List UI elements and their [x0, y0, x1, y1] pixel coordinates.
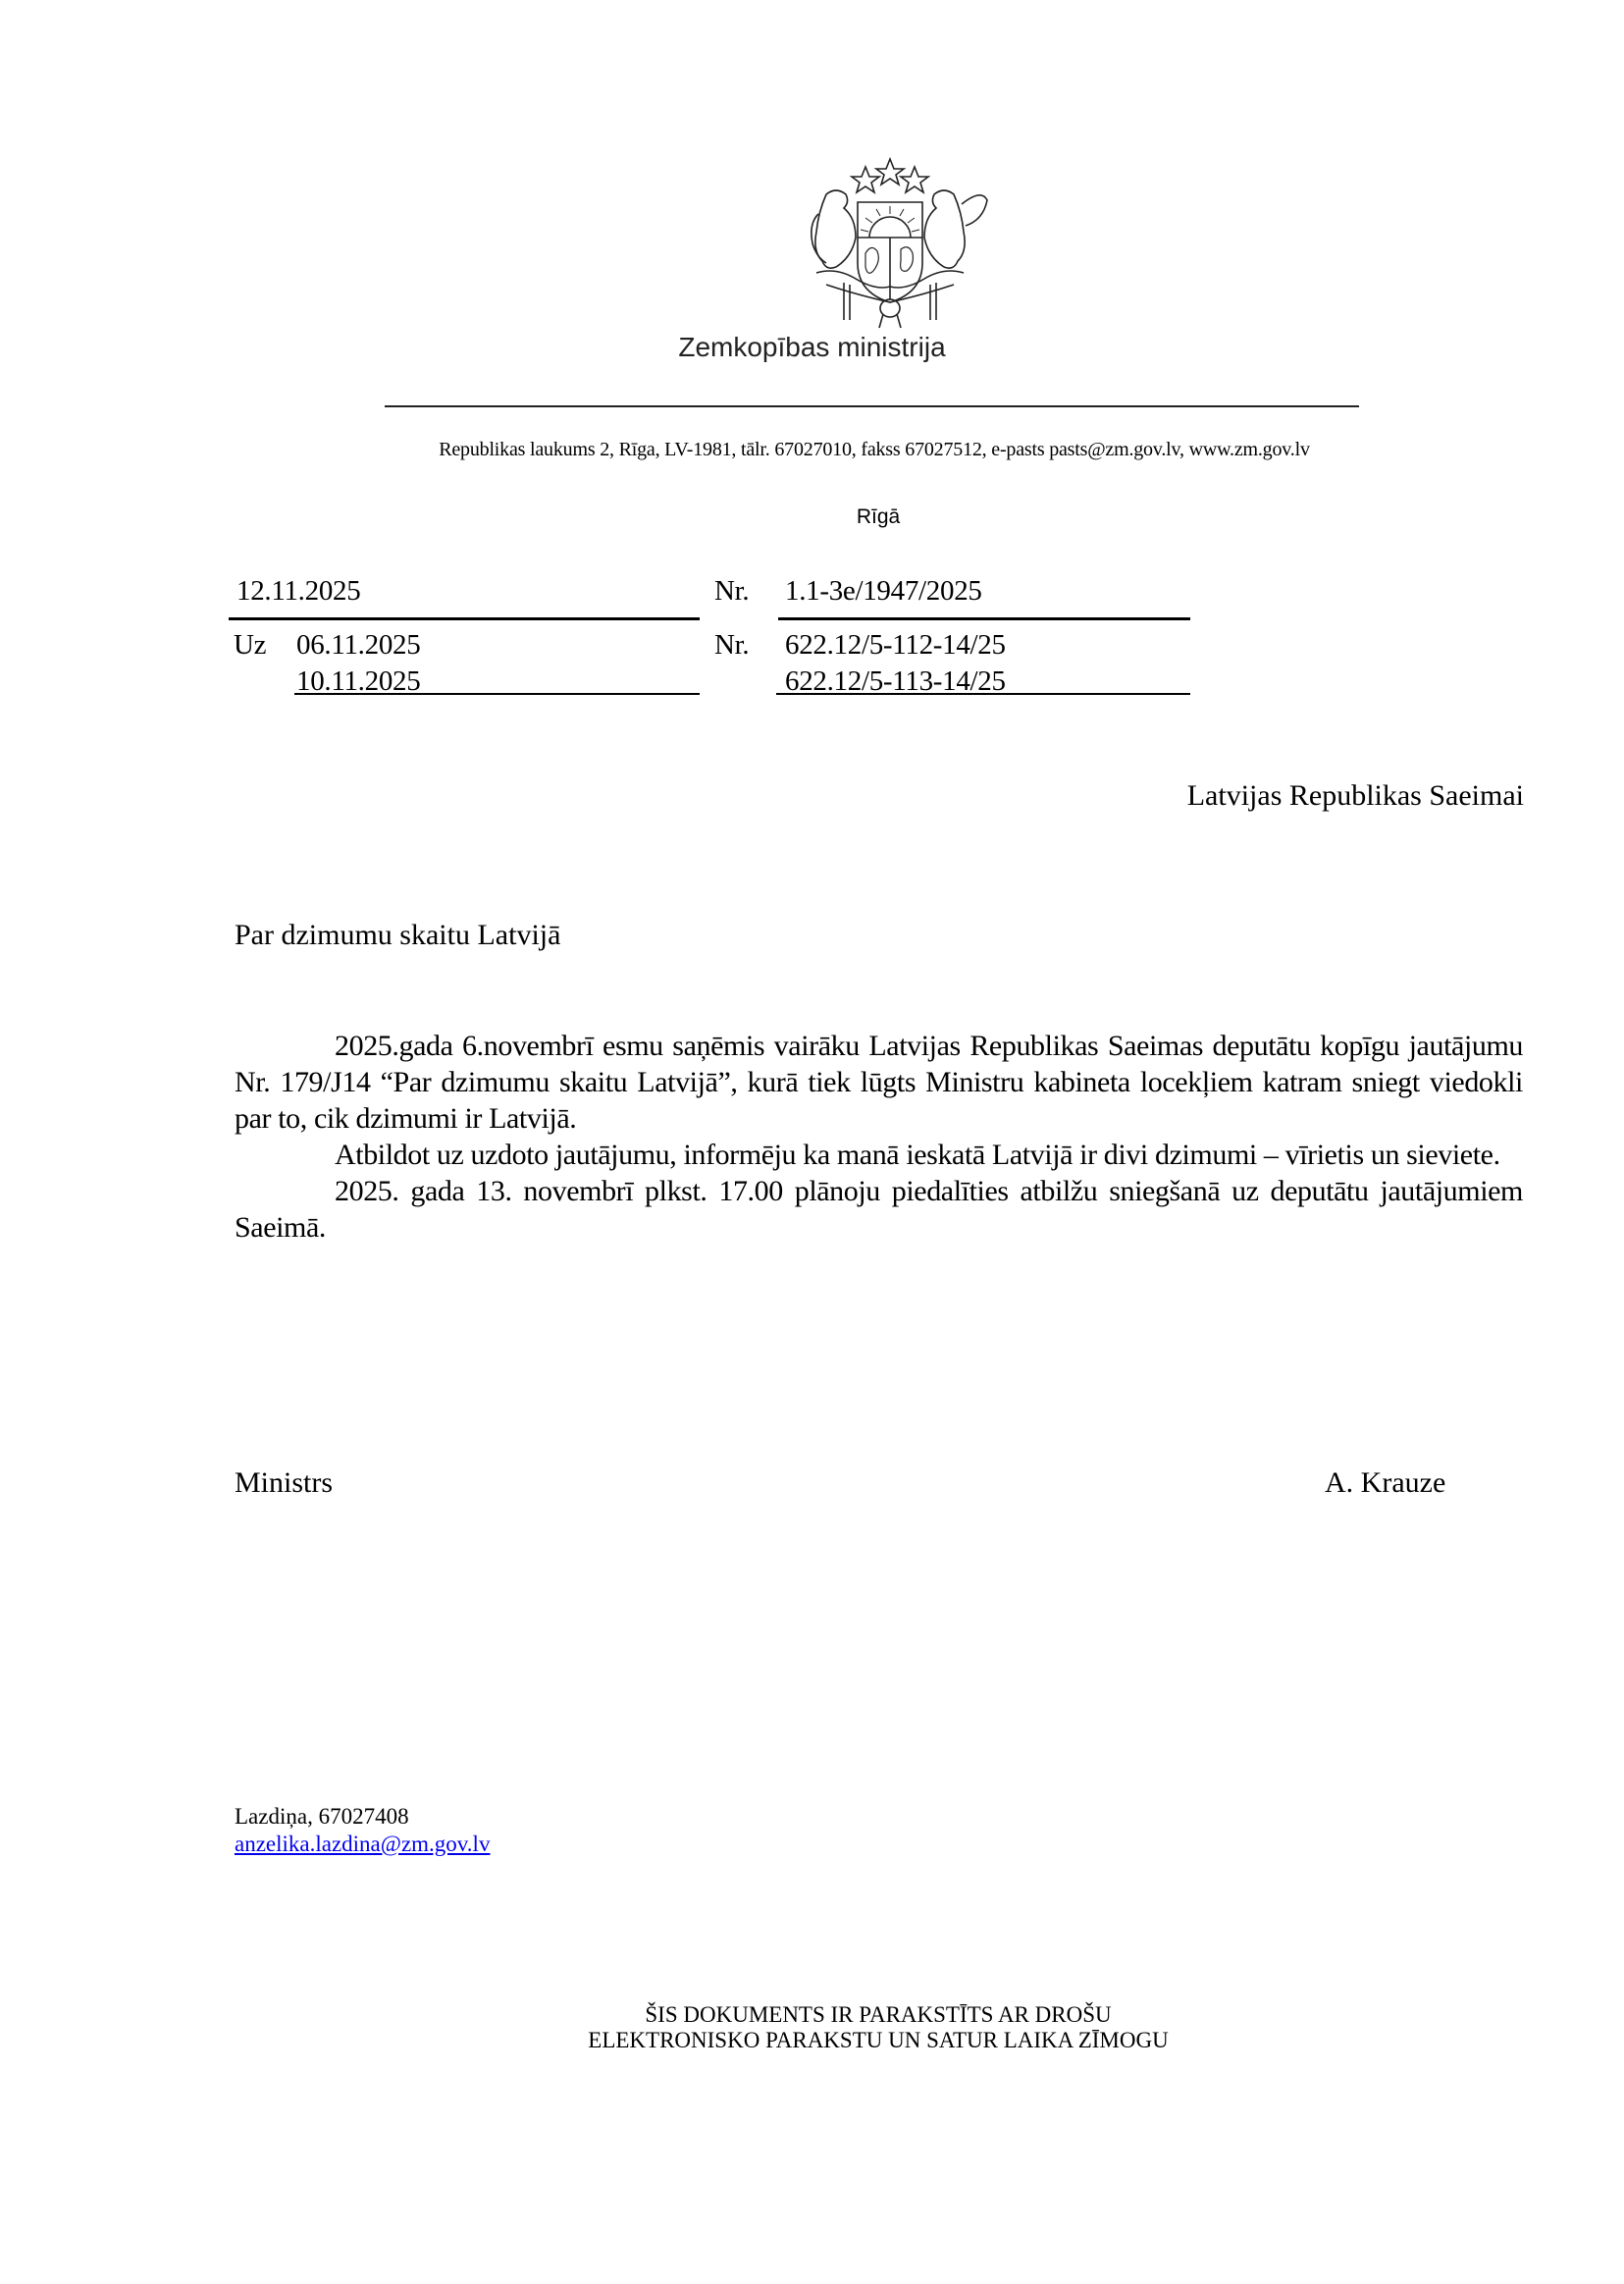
- header-divider: [385, 405, 1359, 407]
- reply-rule-right: [776, 693, 1190, 695]
- latvia-coat-of-arms-icon: [767, 155, 1013, 332]
- body-paragraph: 2025. gada 13. novembrī plkst. 17.00 plā…: [235, 1173, 1523, 1246]
- e-signature-notice-line-2: ELEKTRONISKO PARAKSTU UN SATUR LAIKA ZĪM…: [0, 2028, 1624, 2053]
- registration-rule-right: [778, 617, 1190, 620]
- contact-name-phone: Lazdiņa, 67027408: [235, 1804, 409, 1830]
- place-of-issue: Rīgā: [0, 505, 1624, 529]
- e-signature-notice: ŠIS DOKUMENTS IR PARAKSTĪTS AR DROŠU ELE…: [0, 2002, 1624, 2053]
- letter-body: 2025.gada 6.novembrī esmu saņēmis vairāk…: [235, 1028, 1523, 1246]
- document-number: 1.1-3e/1947/2025: [785, 575, 982, 608]
- signer-role: Ministrs: [235, 1466, 333, 1500]
- letter-subject: Par dzimumu skaitu Latvijā: [235, 919, 560, 952]
- body-paragraph: 2025.gada 6.novembrī esmu saņēmis vairāk…: [235, 1028, 1523, 1137]
- ministry-address-line: Republikas laukums 2, Rīga, LV-1981, tāl…: [0, 439, 1624, 461]
- ministry-name: Zemkopības ministrija: [0, 332, 1624, 363]
- registration-rule-left: [229, 617, 700, 620]
- recipient: Latvijas Republikas Saeimai: [1187, 779, 1524, 813]
- reply-date-1: 06.11.2025: [296, 629, 420, 662]
- reply-label: Uz: [234, 629, 266, 662]
- body-paragraph: Atbildot uz uzdoto jautājumu, informēju …: [235, 1137, 1523, 1173]
- document-date: 12.11.2025: [236, 575, 360, 608]
- contact-email-link[interactable]: anzelika.lazdina@zm.gov.lv: [235, 1832, 490, 1857]
- e-signature-notice-line-1: ŠIS DOKUMENTS IR PARAKSTĪTS AR DROŠU: [0, 2002, 1624, 2028]
- reply-nr-label: Nr.: [714, 629, 749, 662]
- reply-rule-left: [294, 693, 700, 695]
- signer-name: A. Krauze: [1325, 1466, 1445, 1500]
- document-nr-label: Nr.: [714, 575, 749, 608]
- reply-number-1: 622.12/5-112-14/25: [785, 629, 1006, 662]
